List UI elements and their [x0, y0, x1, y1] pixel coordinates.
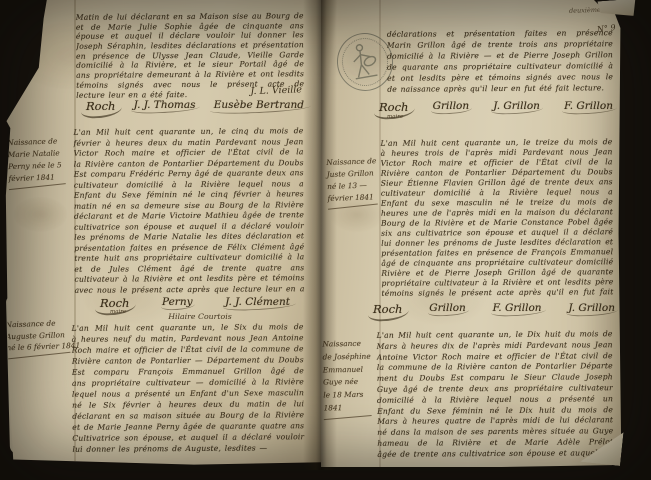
- act-text-block-2: L'an Mil huit cent quarante un, le cinq …: [73, 126, 304, 296]
- margin-note-birth-grillon-juste: Naissance deJuste Grillonné le 13 —févri…: [326, 155, 386, 208]
- act-text-block-4: déclarations et présentation faites en p…: [387, 27, 613, 95]
- handwriting-line: témoins signés le présent acte après qu'…: [381, 287, 613, 299]
- signature: Grillon: [433, 100, 470, 112]
- signature: F. Grillon: [564, 100, 613, 112]
- signature: Roch: [379, 100, 408, 114]
- signature: J. J. Clément: [225, 296, 290, 308]
- signature-row-1: RochJ. J. ThomasEusèbe Bertrand: [86, 99, 304, 113]
- signature-row-4: RochGrillonF. GrillonJ. Grillon: [373, 302, 615, 316]
- act-text-block-5: L'an Mil huit cent quarante un, le treiz…: [380, 137, 613, 299]
- right-page: deuxième N° 9 déclarations et présentati…: [321, 0, 621, 467]
- stamp-figure: [345, 40, 383, 83]
- margin-note-birth-grillon-auguste: Naissance deAuguste Grillonné le 6 févri…: [5, 317, 80, 357]
- signature: J. Grillon: [568, 302, 615, 314]
- signature-title-maire: maire: [110, 309, 126, 315]
- handwriting-line: né le 6 février 1841: [6, 340, 80, 354]
- signature: J. Grillon: [493, 100, 540, 112]
- scanned-register-spread: Matin de lui déclarant en sa Maison sise…: [0, 0, 651, 480]
- signature-row-3: RochGrillonJ. GrillonF. Grillon: [379, 100, 613, 114]
- margin-note-birth-guye: Naissancede JoséphineEmmanuelGuye néele …: [322, 338, 379, 419]
- signature-row-2: RochPernyJ. J. Clément: [100, 296, 290, 310]
- handwriting-line: Cultivatrice son épouse, et auquel il a …: [72, 431, 304, 444]
- handwriting-line: Guye née: [323, 376, 379, 390]
- handwriting-line: le 18 Mars: [323, 389, 379, 403]
- handwriting-line: février 1841: [8, 171, 74, 185]
- countersignature: Hilaire Courtois: [130, 312, 270, 321]
- signature-title-maire: maire: [387, 114, 403, 120]
- signature: J. J. Thomas: [134, 99, 196, 111]
- signature: Roch: [100, 296, 129, 310]
- signature: Roch: [373, 302, 402, 316]
- act-text-block-3: L'an Mil huit cent quarante un, le Six d…: [72, 321, 305, 455]
- act-text-block-6: L'an Mil huit cent quarante un, le Dix h…: [377, 329, 614, 460]
- handwriting-line: de naissance après qu'il leur en fut été…: [387, 82, 613, 95]
- handwriting-line: de Joséphine: [323, 350, 379, 364]
- handwriting-line: février 1841: [327, 191, 385, 205]
- handwriting-line: âgée de trente ans cultivatrice son épou…: [377, 448, 613, 460]
- handwriting-line: avec nous le présent acte après que lect…: [75, 284, 305, 296]
- signature: Grillon: [429, 302, 466, 314]
- signature: Roch: [86, 99, 115, 113]
- margin-note-birth-perny: Naissance deMarie NataliePerny née le 5f…: [7, 135, 75, 188]
- signature: F. Grillon: [493, 302, 542, 314]
- handwriting-line: Emmanuel: [323, 363, 379, 377]
- left-page: Matin de lui déclarant en sa Maison sise…: [2, 0, 322, 466]
- handwriting-line: lui donner les prénoms de Auguste, lesdi…: [72, 442, 304, 455]
- handwriting-line: Naissance de: [326, 155, 384, 169]
- handwriting-line: 1841: [323, 401, 379, 415]
- handwriting-line: Naissance: [322, 338, 378, 352]
- signature: Perny: [162, 296, 193, 308]
- signature: Eusèbe Bertrand: [214, 99, 304, 111]
